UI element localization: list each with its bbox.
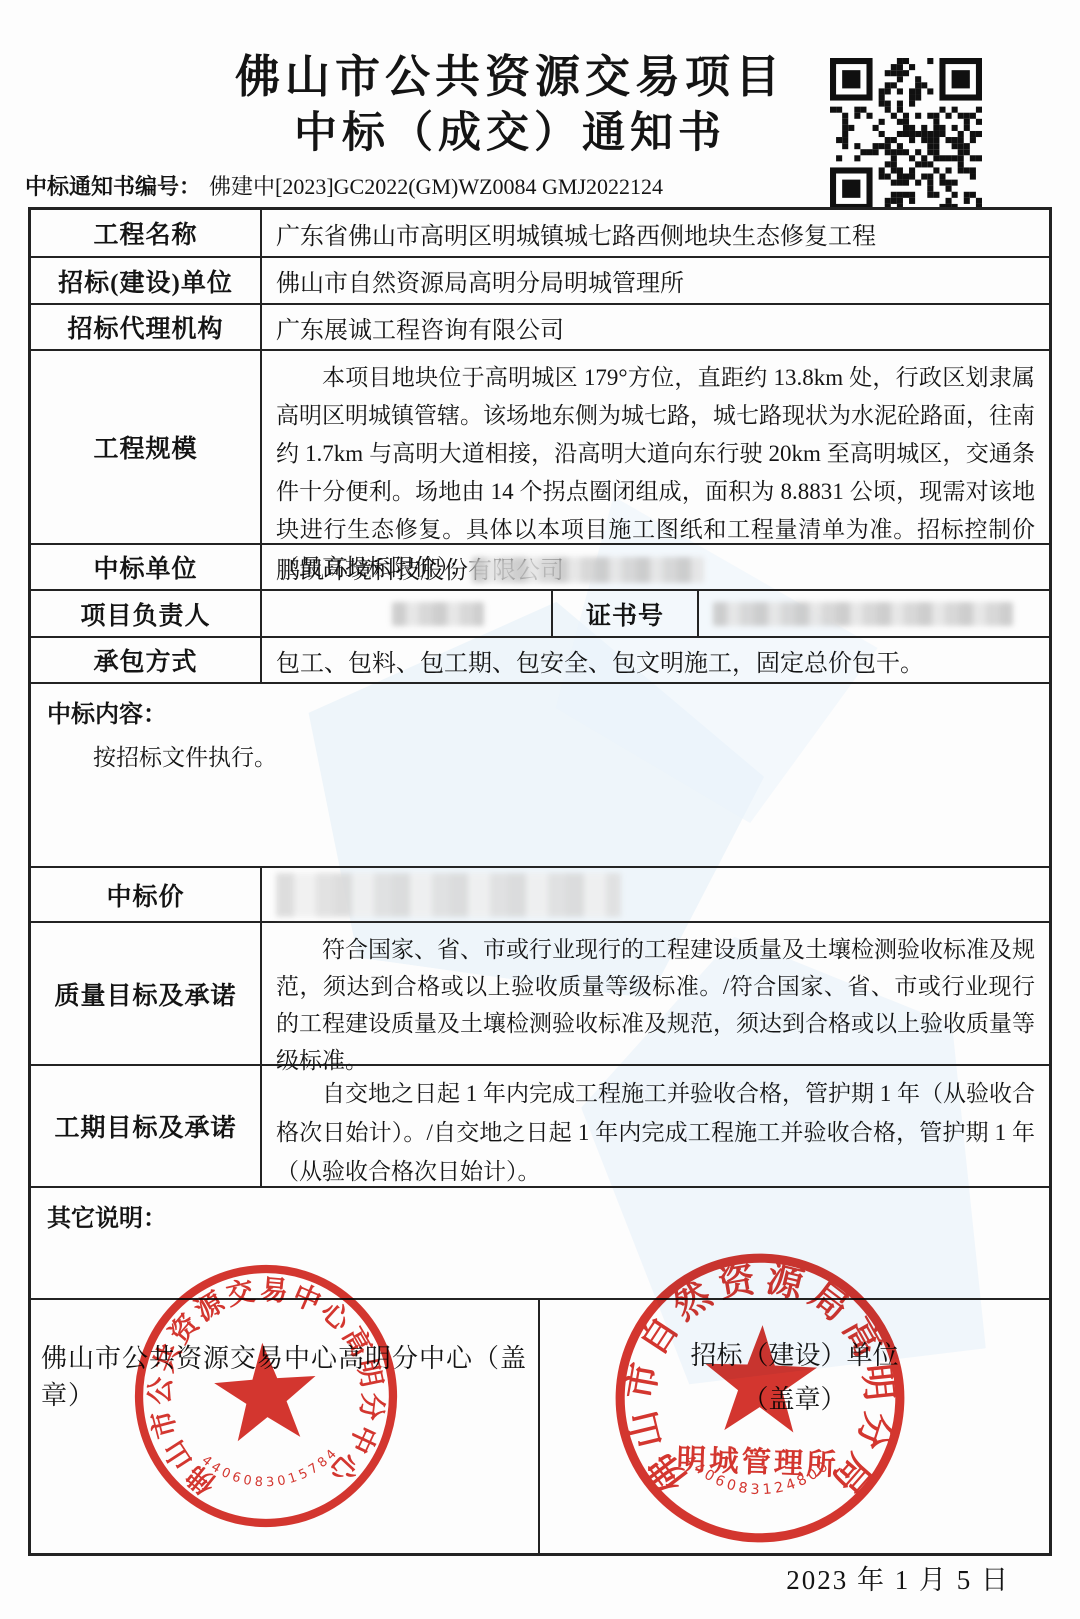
seal-code-text: 4406083015784 (198, 1444, 345, 1495)
row-award-price: 中标价 (31, 868, 1049, 923)
scale-value: 本项目地块位于高明城区 179°方位，直距约 13.8km 处，行政区划隶属高明… (262, 351, 1049, 543)
manager-label: 项目负责人 (31, 591, 262, 636)
tender-unit-label: 招标(建设)单位 (31, 258, 262, 303)
scale-label: 工程规模 (31, 351, 262, 543)
seal-star (212, 1339, 320, 1442)
cert-no-label: 证书号 (553, 591, 699, 636)
tender-unit-seal: 佛山市自然资源局高明分局 明城管理所 4406083124800 (603, 1241, 917, 1555)
award-content-section: 中标内容： 按招标文件执行。 (31, 684, 1049, 866)
row-contract-mode: 承包方式 包工、包料、包工期、包安全、包文明施工，固定总价包干。 (31, 638, 1049, 684)
trade-center-seal: 佛山市公共资源交易中心高明分中心 4406083015784 (119, 1249, 414, 1544)
contract-mode-value: 包工、包料、包工期、包安全、包文明施工，固定总价包干。 (262, 638, 1049, 682)
quality-value: 符合国家、省、市或行业现行的工程建设质量及土壤检测验收标准及规范，须达到合格或以… (262, 923, 1049, 1064)
row-project-name: 工程名称 广东省佛山市高明区明城镇城七路西侧地块生态修复工程 (31, 210, 1049, 258)
award-notice-document: 佛山市公共资源交易项目 中标（成交）通知书 中标通知书编号：佛建中[2023]G… (0, 0, 1080, 1619)
cert-no-value (699, 591, 1049, 636)
agency-value: 广东展诚工程咨询有限公司 (262, 305, 1049, 349)
row-scale: 工程规模 本项目地块位于高明城区 179°方位，直距约 13.8km 处，行政区… (31, 351, 1049, 545)
row-schedule: 工期目标及承诺 自交地之日起 1 年内完成工程施工并验收合格，管护期 1 年（从… (31, 1066, 1049, 1188)
qr-code-icon (830, 58, 982, 210)
schedule-value: 自交地之日起 1 年内完成工程施工并验收合格，管护期 1 年（从验收合格次日始计… (262, 1066, 1049, 1186)
award-price-value (262, 868, 1049, 921)
row-award-content: 中标内容： 按招标文件执行。 (31, 684, 1049, 868)
seal-star (703, 1323, 819, 1433)
tender-unit-value: 佛山市自然资源局高明分局明城管理所 (262, 258, 1049, 303)
issue-date: 2023 年 1 月 5 日 (786, 1558, 1010, 1597)
award-content-value: 按招标文件执行。 (47, 739, 1033, 772)
redacted-control-price (472, 557, 704, 583)
notice-number-line: 中标通知书编号：佛建中[2023]GC2022(GM)WZ0084 GMJ202… (25, 170, 663, 201)
project-name-label: 工程名称 (31, 210, 262, 256)
other-notes-label: 其它说明： (47, 1198, 1033, 1233)
contract-mode-label: 承包方式 (31, 638, 262, 682)
quality-label: 质量目标及承诺 (31, 923, 262, 1064)
manager-value (262, 591, 553, 636)
award-content-label: 中标内容： (47, 694, 1033, 729)
award-price-label: 中标价 (31, 868, 262, 921)
notice-number-value: 佛建中[2023]GC2022(GM)WZ0084 GMJ2022124 (209, 174, 663, 199)
row-quality: 质量目标及承诺 符合国家、省、市或行业现行的工程建设质量及土壤检测验收标准及规范… (31, 923, 1049, 1066)
winner-label: 中标单位 (31, 545, 262, 589)
schedule-label: 工期目标及承诺 (31, 1066, 262, 1186)
notice-number-label: 中标通知书编号： (25, 174, 201, 199)
row-tender-unit: 招标(建设)单位 佛山市自然资源局高明分局明城管理所 (31, 258, 1049, 305)
redacted-cert-no (713, 602, 1013, 626)
agency-label: 招标代理机构 (31, 305, 262, 349)
row-manager: 项目负责人 证书号 (31, 591, 1049, 638)
project-name-value: 广东省佛山市高明区明城镇城七路西侧地块生态修复工程 (262, 210, 1049, 256)
redacted-manager-name (392, 602, 484, 626)
redacted-award-price (276, 873, 621, 917)
row-agency: 招标代理机构 广东展诚工程咨询有限公司 (31, 305, 1049, 351)
svg-text:4406083015784: 4406083015784 (198, 1444, 345, 1495)
